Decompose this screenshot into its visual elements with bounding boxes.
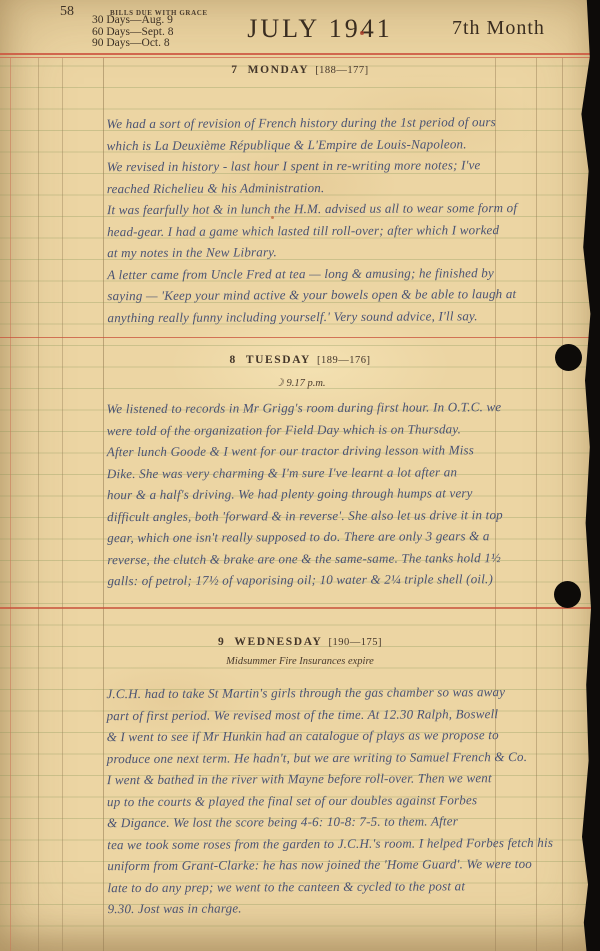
day-header-wednesday: 9 WEDNESDAY[190—175] (0, 636, 600, 648)
entry-line: After lunch Goode & I went for our tract… (107, 439, 559, 463)
entry-line: which is La Deuxième République & L'Empi… (107, 132, 559, 156)
day-subnote-tuesday: ☽ 9.17 p.m. (0, 377, 600, 389)
entry-line: were told of the organization for Field … (107, 417, 559, 441)
entry-line: A letter came from Uncle Fred at tea — l… (107, 261, 559, 285)
day-header-tuesday: 8 TUESDAY[189—176] (0, 354, 600, 366)
entry-line: We revised in history - last hour I spen… (107, 154, 559, 178)
column-line (562, 58, 563, 951)
entry-line: produce one next term. He hadn't, but we… (107, 745, 559, 769)
day-name: WEDNESDAY (234, 636, 322, 648)
entry-line: J.C.H. had to take St Martin's girls thr… (106, 681, 558, 705)
entry-line: head-gear. I had a game which lasted til… (107, 218, 559, 242)
entry-line: gear, which one isn't really supposed to… (107, 525, 559, 549)
day-of-year-count: [188—177] (315, 65, 369, 76)
entry-line: reached Richelieu & his Administration. (107, 175, 559, 199)
month-ordinal: 7th Month (452, 17, 545, 40)
day-subnote-wednesday: Midsummer Fire Insurances expire (0, 656, 600, 667)
entry-line: I went & bathed in the river with Mayne … (107, 767, 559, 791)
moon-phase-icon: ☽ (274, 378, 283, 389)
entry-line: We had a sort of revision of French hist… (106, 111, 558, 135)
entry-line: part of first period. We revised most of… (106, 702, 558, 726)
entry-line: galls: of petrol; 17½ of vaporising oil;… (107, 568, 559, 592)
entry-line: We listened to records in Mr Grigg's roo… (106, 396, 558, 420)
entry-line: reverse, the clutch & brake are one & th… (107, 546, 559, 570)
punch-hole (555, 344, 582, 371)
day-name: TUESDAY (246, 354, 311, 366)
column-line (62, 58, 63, 951)
margin-line-left-red (10, 58, 11, 951)
entry-line: at my notes in the New Library. (107, 240, 559, 264)
punch-hole (554, 581, 581, 608)
entry-line: Dike. She was very charming & I'm sure I… (107, 460, 559, 484)
handwritten-entry-tuesday: We listened to records in Mr Grigg's roo… (106, 396, 559, 592)
header-red-rule (0, 53, 600, 55)
day-number: 8 (230, 354, 237, 366)
entry-line: hour & a half's driving. We had plenty g… (107, 482, 559, 506)
day-number: 7 (231, 64, 238, 76)
entry-line: up to the courts & played the final set … (107, 788, 559, 812)
entry-line: It was fearfully hot & in lunch the H.M.… (107, 197, 559, 221)
entry-line: late to do any prep; we went to the cant… (107, 874, 559, 898)
day-of-year-count: [190—175] (328, 637, 382, 648)
moon-time: 9.17 p.m. (286, 378, 325, 389)
margin-line-main (103, 58, 104, 951)
handwritten-entry-wednesday: J.C.H. had to take St Martin's girls thr… (106, 681, 559, 920)
torn-page-edge (570, 0, 600, 951)
entry-line: anything really funny including yourself… (107, 304, 559, 328)
section-divider-red (0, 607, 600, 609)
entry-line: & Digance. We lost the score being 4-6: … (107, 810, 559, 834)
day-name: MONDAY (248, 64, 310, 76)
day-header-monday: 7 MONDAY[188—177] (0, 64, 600, 76)
section-divider-red (0, 337, 600, 338)
entry-line: & I went to see if Mr Hunkin had an cata… (107, 724, 559, 748)
column-line (38, 58, 39, 951)
header-red-rule-2 (0, 57, 600, 58)
entry-line: uniform from Grant-Clarke: he has now jo… (107, 853, 559, 877)
entry-line: tea we took some roses from the garden t… (107, 831, 559, 855)
entry-line: difficult angles, both 'forward & in rev… (107, 503, 559, 527)
diary-page: 58 BILLS DUE WITH GRACE 30 Days—Aug. 9 6… (0, 0, 600, 951)
day-of-year-count: [189—176] (317, 355, 371, 366)
day-number: 9 (218, 636, 225, 648)
entry-line: saying — 'Keep your mind active & your b… (107, 283, 559, 307)
entry-line: 9.30. Jost was in charge. (108, 896, 560, 920)
handwritten-entry-monday: We had a sort of revision of French hist… (106, 111, 559, 328)
